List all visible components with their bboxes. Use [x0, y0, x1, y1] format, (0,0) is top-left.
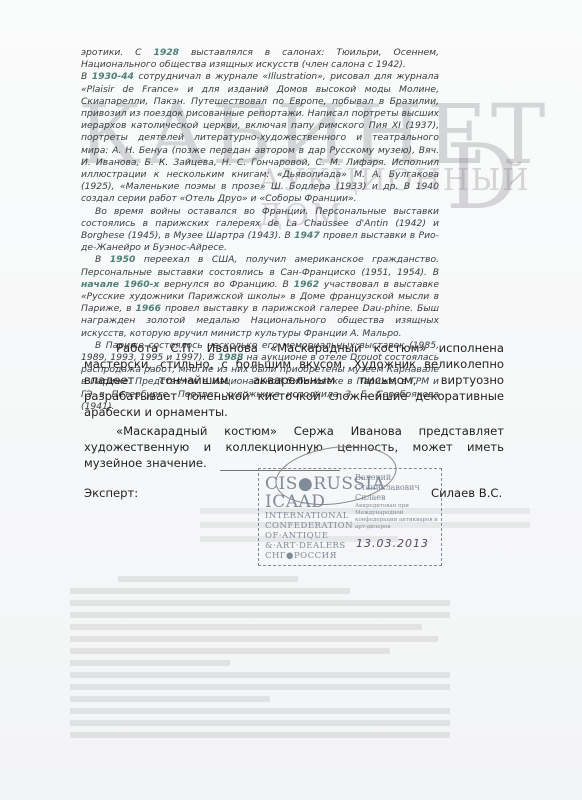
text-segment: эротики. С [81, 47, 153, 58]
stamp-line: ICAAD [265, 493, 353, 511]
icaad-stamp: CIS●RUSSIAICAADINTERNATIONALCONFEDERATIO… [258, 468, 442, 566]
year-highlight: 1928 [153, 47, 179, 58]
year-highlight: 1962 [294, 279, 320, 290]
biography-paragraph: В 1950 переехал в США, получил американс… [81, 254, 439, 339]
stamp-line: СНГ●РОССИЯ [265, 551, 353, 561]
expert-opinion: Работа С.П. Иванова «Маскарадный костюм»… [84, 340, 504, 471]
stamp-handwritten-date: 13.03.2013 [356, 537, 429, 550]
text-segment: В [81, 71, 92, 82]
reverse-side-bleed-through-lower [70, 570, 470, 744]
stamp-holder-name: Валерий Станиславович Силаев [355, 473, 439, 503]
opinion-paragraph-1: Работа С.П. Иванова «Маскарадный костюм»… [84, 340, 504, 420]
biography-paragraph: В 1930-44 сотрудничал в журнале «Illustr… [81, 71, 439, 205]
text-segment: сотрудничал в журнале «Illustration», ри… [81, 71, 439, 204]
year-highlight: 1950 [110, 254, 136, 265]
stamp-holder-text: Аккредитован при Международной конфедера… [355, 503, 439, 531]
biography-paragraph: эротики. С 1928 выставлялся в салонах: Т… [81, 47, 439, 71]
stamp-line: CONFEDERATION [265, 521, 353, 531]
stamp-line: &·ART·DEALERS [265, 541, 353, 551]
text-segment: переехал в США, получил американское гра… [81, 254, 439, 277]
stamp-line: INTERNATIONAL [265, 511, 353, 521]
stamp-org-name: CIS●RUSSIAICAADINTERNATIONALCONFEDERATIO… [265, 475, 353, 561]
stamp-line: OF·ANTIQUE [265, 531, 353, 541]
year-highlight: 1966 [135, 303, 161, 314]
watermark-letter: D [446, 125, 518, 230]
year-highlight: 1947 [294, 230, 320, 241]
stamp-line: CIS●RUSSIA [265, 475, 353, 493]
document-page: КАБИНЕТ АУКЦИОННЫЙ ДОМ D эротики. С 1928… [0, 0, 582, 800]
stamp-holder-info: Валерий Станиславович Силаев Аккредитова… [355, 473, 439, 531]
year-highlight: начале 1960-х [81, 279, 159, 290]
text-segment: В [95, 254, 110, 265]
expert-name: Силаев В.С. [431, 486, 502, 500]
biography-paragraph: Во время войны оставался во Франции. Пер… [81, 206, 439, 255]
text-segment: вернулся во Францию. В [159, 279, 293, 290]
year-highlight: 1930-44 [92, 71, 134, 82]
expert-label: Эксперт: [84, 486, 138, 500]
